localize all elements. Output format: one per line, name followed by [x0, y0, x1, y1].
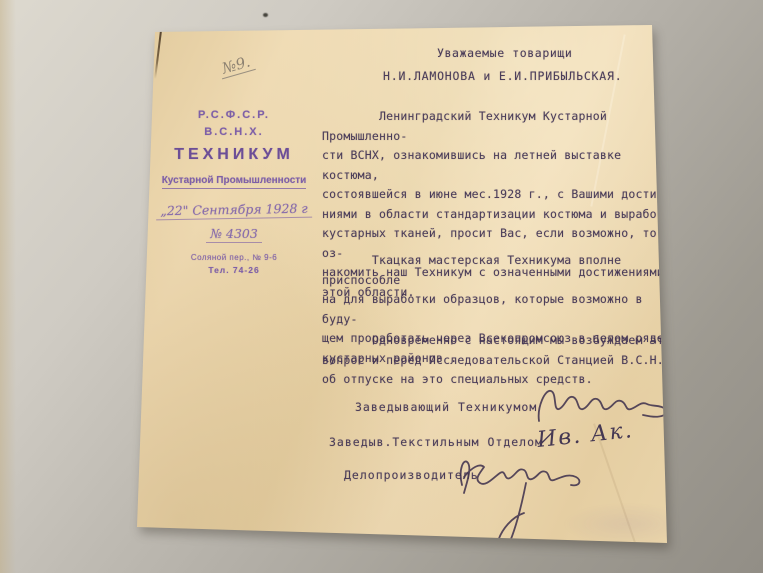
signature-role-textile-head: Заведыв.Текстильным Отделом: [329, 435, 543, 449]
letterhead-vsnh: В.С.Н.Х.: [145, 126, 323, 138]
archive-pencil-number: №9.: [217, 53, 255, 79]
photo-background: №9. Уважаемые товарищи Н.И.ЛАМОНОВА и Е.…: [0, 0, 763, 573]
signature-role-director: Заведывающий Техникумом: [355, 400, 537, 414]
letterhead-number: № 4303: [206, 226, 262, 243]
clerk-signature-ink: [450, 449, 600, 557]
letterhead-date: „22" Сентября 1928 г: [156, 201, 312, 221]
letterhead-technikum: ТЕХНИКУМ: [145, 146, 323, 164]
paper-tear-mark: [154, 31, 162, 79]
letterhead-republic: Р.С.Ф.С.Р.: [145, 109, 323, 121]
letterhead-subtitle: Кустарной Промышленности: [162, 175, 307, 189]
letterhead-address: Соляной пер., № 9-6: [145, 253, 323, 262]
salutation-line: Уважаемые товарищи: [437, 46, 572, 60]
letterhead-phone: Тел. 74-26: [145, 265, 323, 275]
letter-paper: №9. Уважаемые товарищи Н.И.ЛАМОНОВА и Е.…: [137, 25, 668, 545]
letterhead-stamp: Р.С.Ф.С.Р. В.С.Н.Х. ТЕХНИКУМ Кустарной П…: [145, 109, 323, 275]
addressee-names: Н.И.ЛАМОНОВА и Е.И.ПРИБЫЛЬСКАЯ.: [383, 69, 622, 83]
